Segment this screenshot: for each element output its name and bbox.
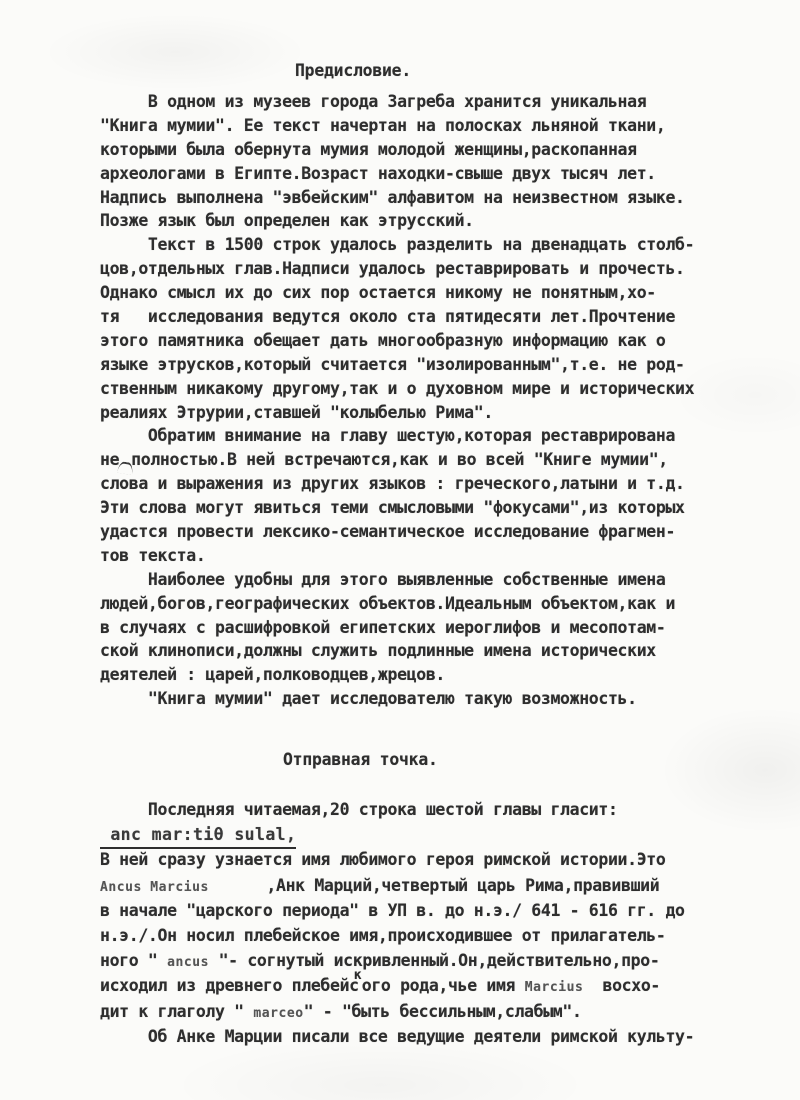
text-line: цов,отдельных глав.Надписи удалось реста… bbox=[100, 257, 760, 281]
text-segment: Однако смысл их до сих пор остается нико… bbox=[100, 283, 656, 302]
text-segment: полностью.В ней встречаются,как и во все… bbox=[131, 450, 668, 469]
text-line: "Книга мумии". Ее текст начертан на поло… bbox=[100, 114, 760, 138]
text-segment: " - "быть бессильным,слабым". bbox=[304, 1002, 582, 1021]
text-segment: ,Анк Марций,четвертый царь Рима,правивши… bbox=[209, 876, 659, 895]
text-segment: в случаях с расшифровкой египетских иеро… bbox=[100, 618, 665, 637]
text-segment: которыми была обернута мумия молодой жен… bbox=[100, 140, 637, 159]
text-segment: Обратим внимание на главу шестую,которая… bbox=[100, 426, 675, 445]
text-segment: цов,отдельных глав.Надписи удалось реста… bbox=[100, 259, 685, 278]
latin-word: ancus bbox=[167, 955, 209, 970]
text-segment: В одном из музеев города Загреба хранитс… bbox=[100, 92, 646, 111]
text-segment: Надпись выполнена "эвбейским" алфавитом … bbox=[100, 188, 685, 207]
text-line: неполностью.В ней встречаются,как и во в… bbox=[100, 448, 760, 472]
text-segment: исходил из древнего плебейс bbox=[100, 976, 359, 995]
text-line: Обратим внимание на главу шестую,которая… bbox=[100, 424, 760, 448]
text-line: археологами в Египте.Возраст находки-свы… bbox=[100, 162, 760, 186]
text-segment: языке этрусков,который считается "изолир… bbox=[100, 355, 685, 374]
text-segment: тя исследования ведутся около ста пятиде… bbox=[100, 307, 675, 326]
text-line: реалиях Этрурии,ставшей "колыбелью Рима"… bbox=[100, 401, 760, 425]
text-segment: дит к глаголу " bbox=[100, 1002, 253, 1021]
text-line: Ancus Marcius ,Анк Марций,четвертый царь… bbox=[100, 873, 760, 898]
text-line: Об Анке Марции писали все ведущие деятел… bbox=[100, 1024, 760, 1049]
text-line: слова и выражения из других языков : гре… bbox=[100, 472, 760, 496]
text-segment: ого рода,чье имя bbox=[362, 976, 525, 995]
text-line: которыми была обернута мумия молодой жен… bbox=[100, 138, 760, 162]
text-segment: в начале "царского периода" в УП в. до н… bbox=[100, 901, 685, 920]
text-segment: реалиях Этрурии,ставшей "колыбелью Рима"… bbox=[100, 403, 493, 422]
paragraph-block-starting-point: Последняя читаемая,20 строка шестой глав… bbox=[100, 797, 760, 1049]
text-segment: тов текста. bbox=[100, 546, 205, 565]
text-segment: В ней сразу узнается имя любимого героя … bbox=[100, 850, 665, 869]
text-line: н.э./.Он носил плебейское имя,происходив… bbox=[100, 923, 760, 948]
text-segment: "Книга мумии". Ее текст начертан на поло… bbox=[100, 116, 665, 135]
text-segment: Позже язык был определен как этрусский. bbox=[100, 211, 474, 230]
text-segment: "- согнутый искривленный.Он,действительн… bbox=[209, 951, 659, 970]
text-line: Надпись выполнена "эвбейским" алфавитом … bbox=[100, 186, 760, 210]
text-segment: этого памятника обещает дать многообразн… bbox=[100, 331, 665, 350]
text-line: Наиболее удобны для этого выявленные соб… bbox=[100, 568, 760, 592]
text-line: Текст в 1500 строк удалось разделить на … bbox=[100, 233, 760, 257]
text-line: этого памятника обещает дать многообразн… bbox=[100, 329, 760, 353]
text-line: Однако смысл их до сих пор остается нико… bbox=[100, 281, 760, 305]
text-line: ного " ancus "- согнутый искривленный.Он… bbox=[100, 948, 760, 973]
text-line: деятелей : царей,полководцев,жрецов. bbox=[100, 663, 760, 687]
latin-word: Ancus Marcius bbox=[100, 880, 209, 895]
text-line: ской клинописи,должны служить подлинные … bbox=[100, 639, 760, 663]
paragraph-block-preface: В одном из музеев города Загреба хранитс… bbox=[100, 90, 760, 711]
latin-word: Marcius bbox=[525, 980, 584, 995]
section-heading-starting-point: Отправная точка. bbox=[283, 750, 438, 769]
text-line: ственным никакому другому,так и о духовн… bbox=[100, 377, 760, 401]
text-segment: деятелей : царей,полководцев,жрецов. bbox=[100, 665, 445, 684]
text-line: исходил из древнего плебейского рода,чье… bbox=[100, 973, 760, 998]
text-segment: ственным никакому другому,так и о духовн… bbox=[100, 379, 694, 398]
text-segment: н.э./.Он носил плебейское имя,происходив… bbox=[100, 926, 665, 945]
text-segment: людей,богов,географических объектов.Идеа… bbox=[100, 594, 675, 613]
text-line: Последняя читаемая,20 строка шестой глав… bbox=[100, 797, 760, 822]
text-line: тов текста. bbox=[100, 544, 760, 568]
text-line: языке этрусков,который считается "изолир… bbox=[100, 353, 760, 377]
text-line: Эти слова могут явиться теми смысловыми … bbox=[100, 496, 760, 520]
text-line: В одном из музеев города Загреба хранитс… bbox=[100, 90, 760, 114]
text-segment: восхо- bbox=[583, 976, 660, 995]
latin-word: marceo bbox=[253, 1006, 303, 1021]
text-segment: не bbox=[100, 450, 119, 469]
text-line: тя исследования ведутся около ста пятиде… bbox=[100, 305, 760, 329]
text-line: удастся провести лексико-семантическое и… bbox=[100, 520, 760, 544]
text-segment: Эти слова могут явиться теми смысловыми … bbox=[100, 498, 685, 517]
text-line: в случаях с расшифровкой египетских иеро… bbox=[100, 616, 760, 640]
text-segment: ской клинописи,должны служить подлинные … bbox=[100, 641, 656, 660]
document-page: Предисловие. В одном из музеев города За… bbox=[0, 0, 800, 1100]
text-segment: Текст в 1500 строк удалось разделить на … bbox=[100, 235, 694, 254]
text-segment: удастся провести лексико-семантическое и… bbox=[100, 522, 675, 541]
text-segment: ного " bbox=[100, 951, 167, 970]
handwritten-insertion: к bbox=[354, 963, 357, 988]
text-line: людей,богов,географических объектов.Идеа… bbox=[100, 592, 760, 616]
text-segment: археологами в Египте.Возраст находки-свы… bbox=[100, 164, 656, 183]
text-line: "Книга мумии" дает исследователю такую в… bbox=[100, 687, 760, 711]
text-segment: Последняя читаемая,20 строка шестой глав… bbox=[100, 800, 618, 819]
text-line: anc mar:tiθ sulal, bbox=[100, 822, 760, 847]
text-segment: Об Анке Марции писали все ведущие деятел… bbox=[100, 1027, 694, 1046]
text-line: Позже язык был определен как этрусский. bbox=[100, 209, 760, 233]
text-line: в начале "царского периода" в УП в. до н… bbox=[100, 898, 760, 923]
text-line: дит к глаголу " marceo" - "быть бессильн… bbox=[100, 999, 760, 1024]
section-heading-preface: Предисловие. bbox=[295, 61, 411, 80]
text-segment: "Книга мумии" дает исследователю такую в… bbox=[100, 689, 637, 708]
text-segment: слова и выражения из других языков : гре… bbox=[100, 474, 685, 493]
text-line: В ней сразу узнается имя любимого героя … bbox=[100, 847, 760, 872]
etruscan-underlined-phrase: anc mar:tiθ sulal, bbox=[100, 822, 296, 849]
text-segment: Наиболее удобны для этого выявленные соб… bbox=[100, 570, 665, 589]
